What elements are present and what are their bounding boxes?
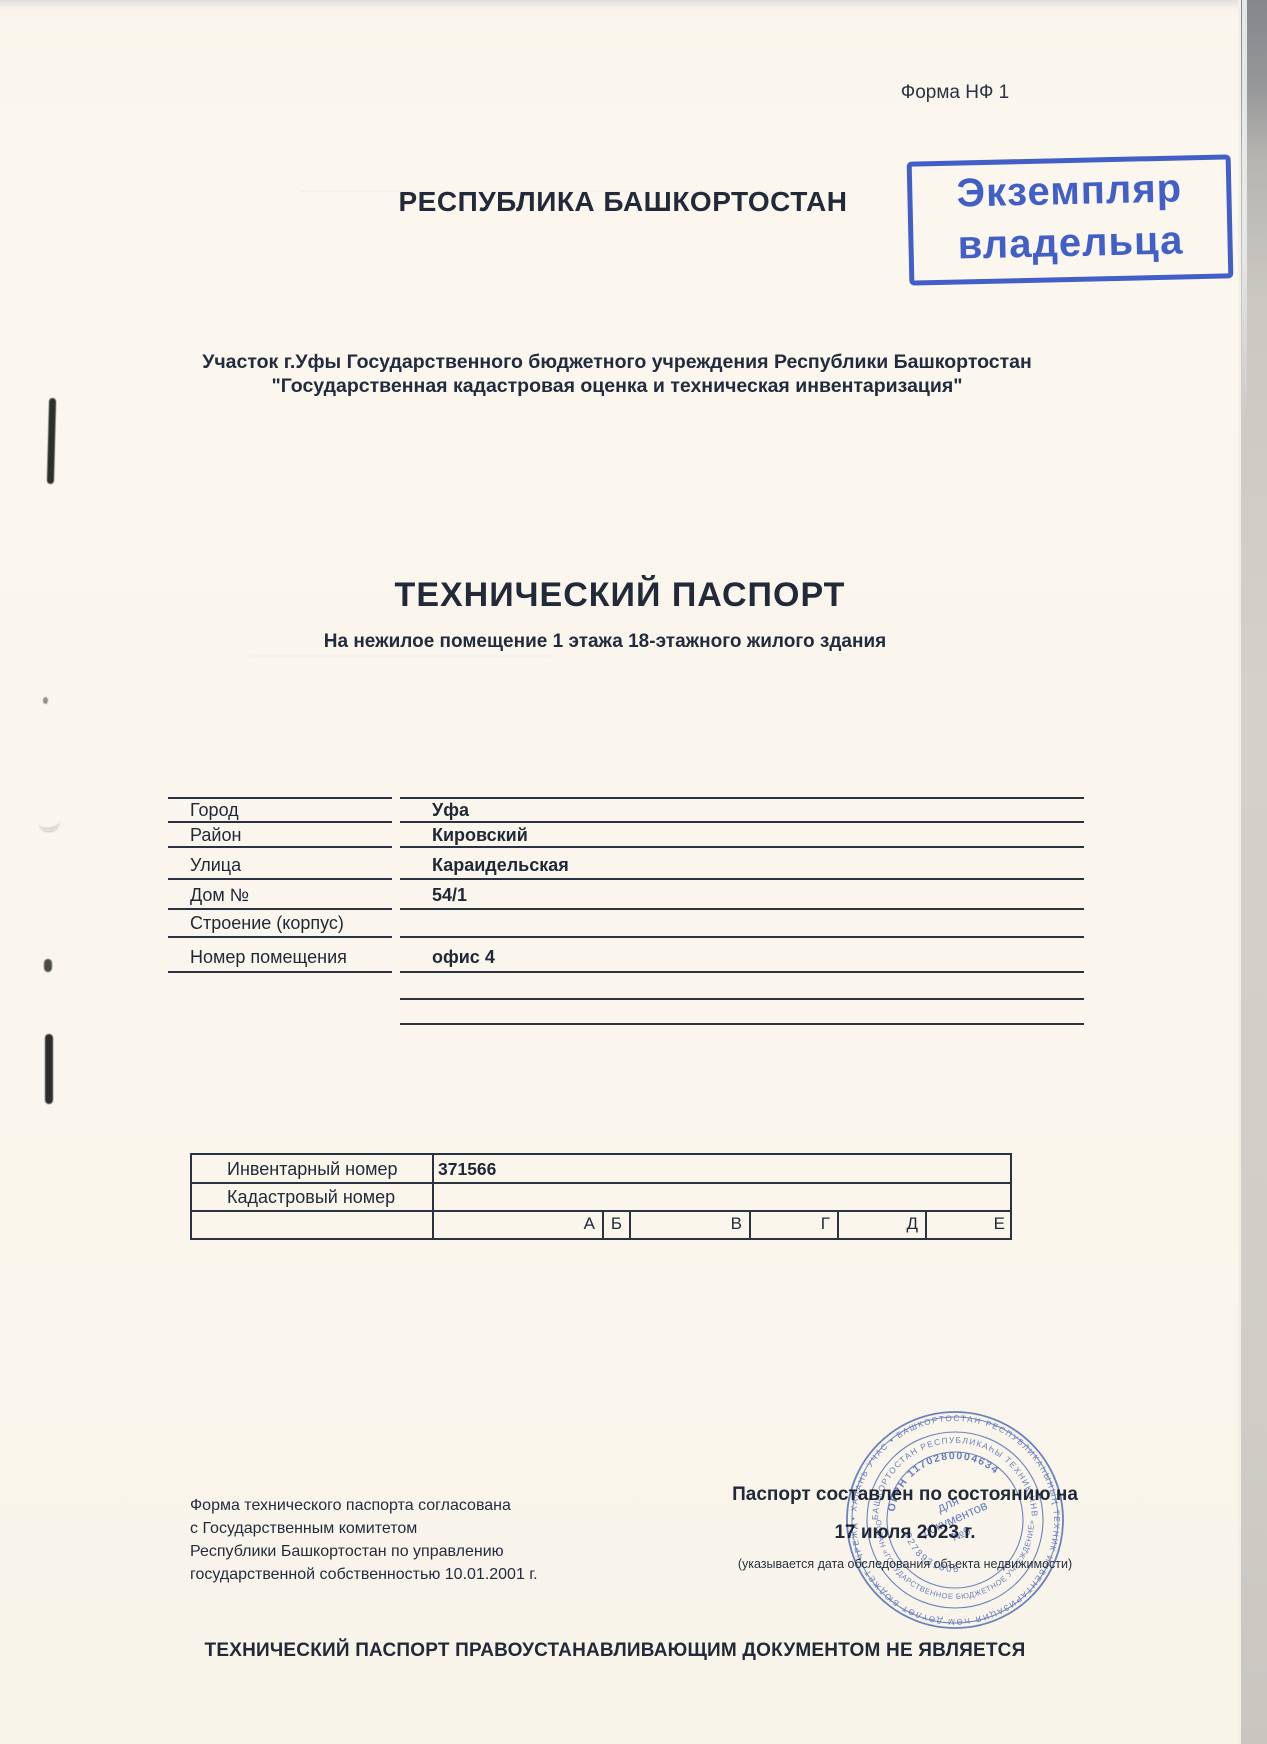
binding-mark [45,1034,53,1104]
organization-name: Участок г.Уфы Государственного бюджетног… [110,350,1124,398]
document-subtitle: На нежилое помещение 1 этажа 18-этажного… [130,631,1080,653]
litera-cell-b: Б [604,1210,629,1238]
scan-top-shadow [0,0,1267,10]
litera-cell-v: В [631,1210,749,1238]
scanned-document-page: Форма НФ 1 РЕСПУБЛИКА БАШКОРТОСТАН Экзем… [0,0,1267,1744]
address-extra-rule [400,1023,1084,1025]
litera-cell-a: А [434,1210,602,1238]
owner-stamp-line1: Экземпляр [912,161,1227,220]
address-value: офис 4 [400,947,1084,973]
stamp-center-text: для документов №9 [913,1483,996,1555]
address-label: Дом № [168,885,392,910]
address-top-rule [168,797,392,799]
form-code-label: Форма НФ 1 [860,82,1050,104]
address-top-rule [400,797,1084,799]
approval-note-line: государственной собственностью 10.01.200… [190,1563,610,1586]
address-value [400,913,1084,938]
cadastre-number-label: Кадастровый номер [227,1187,395,1208]
document-title: ТЕХНИЧЕСКИЙ ПАСПОРТ [160,576,1080,615]
owner-stamp-line2: владельца [913,213,1228,272]
binding-mark [37,811,62,834]
address-label: Улица [168,855,392,880]
binding-mark [47,398,56,484]
organization-line1: Участок г.Уфы Государственного бюджетног… [110,350,1124,374]
address-value: Уфа [400,800,1084,823]
numbers-table: Инвентарный номер 371566 Кадастровый ном… [190,1153,1012,1240]
approval-note-line: Республики Башкортостан по управлению [190,1540,610,1563]
approval-note-line: с Государственным комитетом [190,1517,610,1540]
inventory-number-value: 371566 [438,1159,496,1180]
approval-note-line: Форма технического паспорта согласована [190,1494,610,1517]
address-label: Город [168,800,392,823]
address-label: Номер помещения [168,947,392,973]
binding-mark [43,697,48,704]
address-value: 54/1 [400,885,1084,910]
litera-cell-g: Г [751,1210,837,1238]
binding-mark [44,959,52,972]
inventory-number-label: Инвентарный номер [227,1159,398,1180]
litera-cell-e: Е [927,1210,1012,1238]
address-value: Кировский [400,825,1084,848]
table-rule [192,1182,1010,1184]
organization-line2: "Государственная кадастровая оценка и те… [110,374,1124,398]
owner-copy-stamp: Экземпляр владельца [907,154,1234,285]
scan-page-edge-highlight [1242,0,1247,420]
address-label: Район [168,825,392,848]
round-official-stamp: • ХАЛАНЬ УЧАС • БАШКОРТОСТАН РЕСПУБЛИКАҺ… [830,1395,1080,1645]
address-extra-rule [400,998,1084,1000]
litera-cell-d: Д [839,1210,925,1238]
address-value: Караидельская [400,855,1084,880]
approval-note: Форма технического паспорта согласована … [190,1494,610,1586]
disclaimer-text: ТЕХНИЧЕСКИЙ ПАСПОРТ ПРАВОУСТАНАВЛИВАЮЩИМ… [150,1640,1080,1662]
bleed-through-line [250,655,550,657]
address-label: Строение (корпус) [168,913,392,938]
